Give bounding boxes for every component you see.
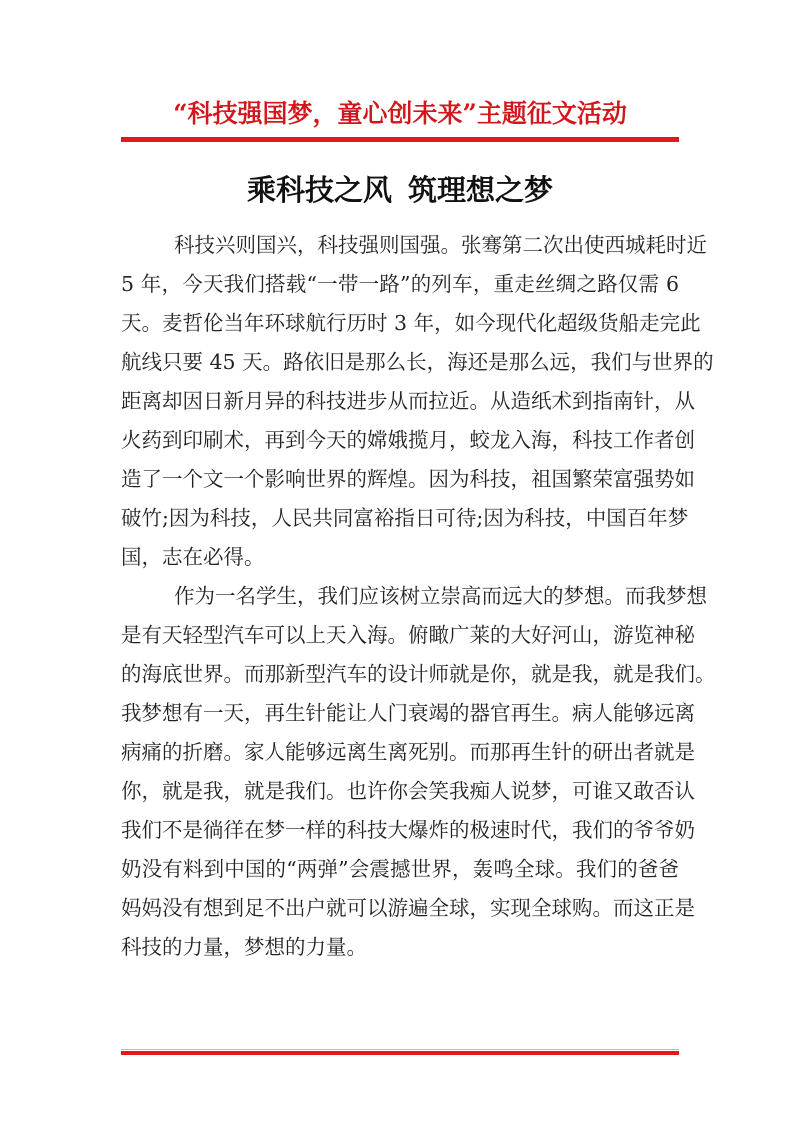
text-line: 病痛的折磨。家人能够远离生离死别。而那再生针的研出者就是 <box>121 733 679 772</box>
text-line: 天。麦哲伦当年环球航行历时 3 年，如今现代化超级货船走完此 <box>121 304 679 343</box>
text-line: 作为一名学生，我们应该树立崇高而远大的梦想。而我梦想 <box>121 577 679 616</box>
essay-title: 乘科技之风 筑理想之梦 <box>121 170 679 210</box>
document-page: “科技强国梦，童心创未来”主题征文活动 乘科技之风 筑理想之梦 科技兴则国兴，科… <box>0 0 800 1132</box>
text-line: 5 年，今天我们搭载“一带一路”的列车，重走丝绸之路仅需 6 <box>121 265 679 304</box>
footer-divider-thick-line <box>121 1051 679 1055</box>
header-divider-thick-line <box>121 138 679 142</box>
text-line: 是有天轻型汽车可以上天入海。俯瞰广莱的大好河山，游览神秘 <box>121 616 679 655</box>
paragraph-2: 作为一名学生，我们应该树立崇高而远大的梦想。而我梦想 是有天轻型汽车可以上天入海… <box>121 577 679 967</box>
text-line: 你，就是我，就是我们。也许你会笑我痴人说梦，可谁又敢否认 <box>121 772 679 811</box>
essay-body: 科技兴则国兴，科技强则国强。张骞第二次出使西城耗时近 5 年，今天我们搭载“一带… <box>121 226 679 967</box>
paragraph-1: 科技兴则国兴，科技强则国强。张骞第二次出使西城耗时近 5 年，今天我们搭载“一带… <box>121 226 679 577</box>
footer-divider <box>121 1049 679 1055</box>
text-line: 科技的力量，梦想的力量。 <box>121 928 679 967</box>
text-line: 火药到印刷术，再到今天的嫦娥揽月，蛟龙入海，科技工作者创 <box>121 421 679 460</box>
text-line: 妈妈没有想到足不出户就可以游遍全球，实现全球购。而这正是 <box>121 889 679 928</box>
text-line: 的海底世界。而那新型汽车的设计师就是你，就是我，就是我们。 <box>121 655 679 694</box>
header-divider <box>121 137 679 142</box>
text-line: 造了一个文一个影响世界的辉煌。因为科技，祖国繁荣富强势如 <box>121 460 679 499</box>
text-line: 国，志在必得。 <box>121 538 679 577</box>
text-line: 航线只要 45 天。路依旧是那么长，海还是那么远，我们与世界的 <box>121 343 679 382</box>
text-line: 破竹;因为科技，人民共同富裕指日可待;因为科技，中国百年梦 <box>121 499 679 538</box>
event-header-title: “科技强国梦，童心创未来”主题征文活动 <box>121 97 679 131</box>
text-line: 我们不是徜徉在梦一样的科技大爆炸的极速时代，我们的爷爷奶 <box>121 811 679 850</box>
text-line: 我梦想有一天，再生针能让人门衰竭的器官再生。病人能够远离 <box>121 694 679 733</box>
text-line: 奶没有料到中国的“两弹”会震撼世界，轰鸣全球。我们的爸爸 <box>121 850 679 889</box>
text-line: 距离却因日新月异的科技进步从而拉近。从造纸术到指南针，从 <box>121 382 679 421</box>
text-line: 科技兴则国兴，科技强则国强。张骞第二次出使西城耗时近 <box>121 226 679 265</box>
